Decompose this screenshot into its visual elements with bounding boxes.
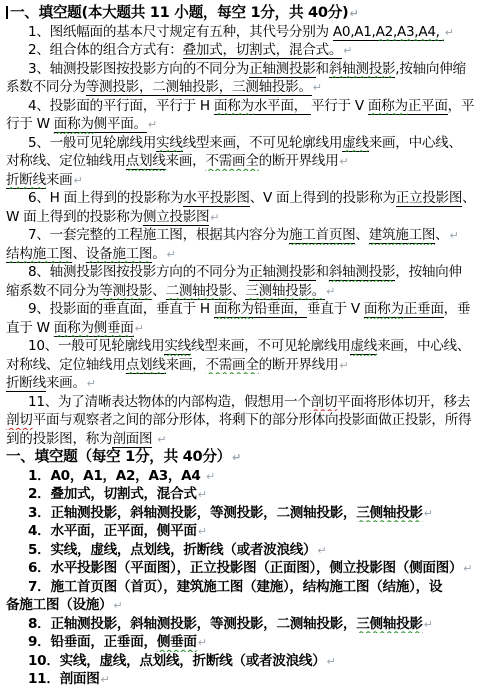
text-segment: 、 — [152, 283, 165, 299]
answer-blank-text: 折断线 — [6, 375, 46, 392]
answer-blank-text: 面称为 — [214, 98, 254, 115]
text-segment: 来画，中心线、 — [377, 338, 470, 354]
answer-blank-text: 结构施工图 — [6, 246, 72, 263]
text-segment: 6．水平投影图（平面图），正立投影图（正面图），侧立投影图（侧面图） — [28, 560, 462, 576]
text-segment: 4、投影面的平行面，平行于 H — [28, 98, 214, 114]
paragraph-mark-icon: ↵ — [316, 544, 326, 557]
paragraph-mark-icon: ↵ — [205, 470, 215, 483]
document-line: 对称线、定位轴线用点划线来画，不需画全的断开界线用↵ — [6, 356, 493, 375]
text-segment: 系数不同分为 — [6, 79, 86, 95]
text-segment: 来画 — [46, 172, 73, 188]
text-segment: 线型来画，不可见轮廓线用 — [183, 135, 343, 151]
text-segment: 备施工图（设施） — [6, 597, 112, 613]
paragraph-mark-icon: ↵ — [423, 507, 433, 520]
text-segment: 不需画全 — [205, 153, 258, 169]
document-line: 11、为了清晰表达物体的内部构造，假想用一个剖切平面将形体切开，移去 — [6, 393, 493, 412]
document-line: 8、轴测投影图按投影方向的不同分为正轴测投影和斜轴测投影，按轴向伸 — [6, 263, 493, 282]
answer-blank-text: 点划线 — [126, 153, 166, 170]
answer-blank-text: 三测轴投影。 — [245, 283, 325, 300]
answer-blank-text: 正轴测投影 — [249, 61, 315, 78]
answer-blank-text: 施工首页图 — [289, 227, 355, 244]
answer-blank-text: 虚线 — [350, 338, 377, 355]
answer-blank-text: A0,A1, — [333, 24, 376, 41]
paragraph-mark-icon: ↵ — [72, 174, 82, 187]
answer-blank-text: 斜轴测投影 — [329, 61, 395, 78]
document-line: 9、投影面的垂直面，垂直于 H 面称为铅垂面，垂直于 V 面称为正垂面，垂 — [6, 300, 493, 319]
answer-blank-text: 设备施工图 — [86, 246, 152, 263]
paragraph-mark-icon: ↵ — [326, 655, 336, 668]
text-segment: 的断开界线用 — [259, 357, 339, 373]
text-segment: 三侧轴投影 — [356, 505, 422, 521]
document-line: 备施工图（设施）↵ — [6, 596, 493, 615]
answer-blank-text: 实线 — [164, 338, 191, 355]
text-segment: 垂直于 V — [307, 301, 364, 317]
document-line: 直于 W 面称为侧垂面↵ — [6, 319, 493, 338]
text-segment: ，平 — [448, 98, 475, 114]
text-segment: 10、一般可见轮廓线用 — [28, 338, 164, 354]
text-segment: 2．叠加式，切割式，混合式 — [28, 486, 197, 502]
text-segment: 平行于 V — [311, 98, 368, 114]
text-segment: W 面上得到的投影称为 — [6, 209, 143, 225]
answer-blank-text: 等测投影 — [99, 283, 152, 300]
document-line: 11．剖面图↵ — [6, 670, 493, 686]
section-heading: 一、填空题(本大题共 11 小题，每空 1分，共 40分)↵ — [6, 4, 493, 23]
paragraph-mark-icon: ↵ — [423, 618, 433, 631]
answer-blank-text: 叠加式，切割式，混合式。 — [183, 42, 343, 59]
paragraph-mark-icon: ↵ — [348, 7, 358, 20]
text-segment: 4．水平面，正平面，侧平面 — [28, 523, 197, 539]
text-segment: 的断开界线用 — [259, 153, 339, 169]
text-segment: 行于 W — [6, 116, 54, 132]
text-segment: 缩系数不同分为 — [6, 283, 99, 299]
paragraph-mark-icon: ↵ — [462, 562, 472, 575]
text-segment: 6、H 面上得到的投影称为 — [28, 190, 183, 206]
document-page: 一、填空题(本大题共 11 小题，每空 1分，共 40分)↵1、图纸幅面的基本尺… — [0, 0, 493, 686]
answer-blank-text: 虚线 — [342, 135, 369, 152]
paragraph-mark-icon: ↵ — [197, 488, 207, 501]
text-segment: 平面与观察者之间的部分形体，将剩下的部分形体向投影面做正投影，所得 — [33, 412, 472, 428]
answer-blank-text: 面称为 — [368, 98, 408, 115]
paragraph-mark-icon: ↵ — [100, 673, 110, 686]
answer-blank-text: 点划线 — [126, 357, 166, 374]
text-segment: 来画。 — [46, 375, 86, 391]
text-segment: 侧垂面 — [157, 634, 197, 650]
paragraph-mark-icon: ↵ — [312, 81, 322, 94]
text-segment: 1、图纸幅面的基本尺寸规定有五种，其代号分别为 — [28, 24, 333, 40]
text-segment: 10．实线，虚线，点划线，折断线（或者波浪线） — [28, 653, 326, 669]
document-line: 结构施工图、设备施工图。↵ — [6, 245, 493, 264]
text-segment: 来画， — [166, 357, 206, 373]
text-segment: 对称线、定位轴线用 — [6, 153, 126, 169]
document-line: 7、一套完整的工程施工图，根据其内容分为施工首页图、建筑施工图、↵ — [6, 226, 493, 245]
document-line: 3、轴测投影图按投影方向的不同分为正轴测投影和斜轴测投影,按轴向伸缩 — [6, 60, 493, 79]
text-segment: 对称线、定位轴线用 — [6, 357, 126, 373]
answer-blank-text: 水平面， — [254, 98, 311, 115]
document-line: W 面上得到的投影称为侧立投影图↵ — [6, 208, 493, 227]
document-line: 折断线来画↵ — [6, 171, 493, 190]
text-segment: 5、一般可见轮廓线用 — [28, 135, 156, 151]
document-line: 3．正轴测投影，斜轴测投影，等测投影，二测轴投影，三侧轴投影↵ — [6, 504, 493, 523]
document-line: 剖切平面与观察者之间的部分形体，将剩下的部分形体向投影面做正投影，所得 — [6, 411, 493, 430]
text-segment: 7、一套完整的工程施工图，根据其内容分为 — [28, 227, 289, 243]
answer-blank-text: 折断线 — [6, 172, 46, 189]
text-segment: 11．剖面图 — [28, 671, 100, 686]
text-segment: 、 — [462, 190, 475, 206]
paragraph-mark-icon: ↵ — [338, 155, 348, 168]
answer-blank-text: 铅垂面， — [254, 301, 307, 318]
document-line: 到的投影图，称为剖面图 ↵ — [6, 430, 493, 449]
answer-blank-text: 侧平面。 — [94, 116, 147, 133]
text-segment: 来画，中心线、 — [369, 135, 462, 151]
document-line: 缩系数不同分为等测投影、二测轴投影、三测轴投影。↵ — [6, 282, 493, 301]
document-line: 7．施工首页图（首页），建筑施工图（建施），结构施工图（结施），设 — [6, 578, 493, 597]
text-segment: 到的投影图，称为 — [6, 431, 112, 447]
document-line: 1、图纸幅面的基本尺寸规定有五种，其代号分别为 A0,A1,A2,A3,A4, … — [6, 23, 493, 42]
document-line: 2、组合体的组合方式有：叠加式，切割式，混合式。↵ — [6, 41, 493, 60]
text-segment: 、V 面上得到的投影称为 — [250, 190, 396, 206]
answer-blank-text: 面称为 — [54, 320, 94, 337]
document-line: 4．水平面，正平面，侧平面↵ — [6, 522, 493, 541]
paragraph-mark-icon: ↵ — [325, 285, 335, 298]
text-segment: 8、轴测投影图按投影方向的不同分为 — [28, 264, 249, 280]
paragraph-mark-icon: ↵ — [444, 26, 454, 39]
paragraph-mark-icon: ↵ — [156, 433, 166, 446]
section-heading: 一、填空题（每空 1分，共 40分）↵ — [6, 448, 493, 467]
text-segment: 、 — [72, 246, 85, 262]
document-line: 6．水平投影图（平面图），正立投影图（正面图），侧立投影图（侧面图）↵ — [6, 559, 493, 578]
document-line: 5．实线，虚线，点划线，折断线（或者波浪线）↵ — [6, 541, 493, 560]
text-segment: 剖切 — [311, 394, 338, 410]
answer-blank-text: 侧立投影图 — [143, 209, 209, 226]
text-segment: 线型来画，不可见轮廓线用 — [191, 338, 351, 354]
document-line: 10．实线，虚线，点划线，折断线（或者波浪线）↵ — [6, 652, 493, 671]
answer-blank-text: 水平投影图 — [183, 190, 249, 207]
text-segment: 2、组合体的组合方式有： — [28, 42, 183, 58]
answer-blank-text: 正垂面 — [404, 301, 444, 318]
text-segment: 、 — [355, 227, 368, 243]
document-line: 8．正轴测投影，斜轴测投影，等测投影，二测轴投影，三侧轴投影↵ — [6, 615, 493, 634]
paragraph-mark-icon: ↵ — [112, 599, 122, 612]
text-segment: 9．铅垂面，正垂面， — [28, 634, 157, 650]
answer-blank-text: 面称为 — [364, 301, 404, 318]
answer-blank-text: 二测轴投影 — [166, 283, 232, 300]
paragraph-mark-icon: ↵ — [342, 44, 352, 57]
document-line: 1．A0，A1，A2，A3，A4 ↵ — [6, 467, 493, 486]
paragraph-mark-icon: ↵ — [86, 377, 96, 390]
text-segment: 剖切 — [6, 412, 33, 428]
answer-blank-text: A2,A3,A4, — [376, 24, 444, 41]
text-segment: 和 — [316, 61, 329, 77]
text-segment: 9、投影面的垂直面，垂直于 H — [28, 301, 214, 317]
text-segment: ，按轴向伸 — [395, 264, 461, 280]
text-segment: 3．正轴测投影，斜轴测投影，等测投影，二测轴投影， — [28, 505, 356, 521]
text-segment: 、 — [435, 227, 448, 243]
text-segment: 一、填空题(本大题共 11 小题，每空 1分，共 40分) — [10, 4, 348, 21]
text-segment: ,按轴向伸缩 — [395, 61, 466, 77]
text-segment: 11、为了清晰表达物体的内部构造，假想用一个 — [28, 394, 311, 410]
answer-blank-text: 等测投影，二测轴投影，三测轴投影。 — [86, 79, 312, 96]
paragraph-mark-icon: ↵ — [448, 229, 458, 242]
answer-blank-text: 正轴测投影 — [249, 264, 315, 281]
document-line: 系数不同分为等测投影，二测轴投影，三测轴投影。↵ — [6, 78, 493, 97]
text-segment: 3、轴测投影图按投影方向的不同分为 — [28, 61, 249, 77]
document-line: 6、H 面上得到的投影称为水平投影图、V 面上得到的投影称为正立投影图、 — [6, 189, 493, 208]
text-segment: ，垂 — [444, 301, 471, 317]
text-segment: 不需画全 — [205, 357, 258, 373]
text-segment: 平面将形体切开，移去 — [337, 394, 470, 410]
document-body: 一、填空题(本大题共 11 小题，每空 1分，共 40分)↵1、图纸幅面的基本尺… — [0, 0, 493, 686]
paragraph-mark-icon: ↵ — [134, 322, 144, 335]
text-segment: 8．正轴测投影，斜轴测投影，等测投影，二测轴投影， — [28, 616, 356, 632]
document-line: 行于 W 面称为侧平面。↵ — [6, 115, 493, 134]
document-line: 9．铅垂面，正垂面，侧垂面↵ — [6, 633, 493, 652]
text-segment: 7．施工首页图（首页），建筑施工图（建施），结构施工图（结施），设 — [28, 579, 442, 595]
paragraph-mark-icon: ↵ — [166, 248, 176, 261]
paragraph-mark-icon: ↵ — [338, 359, 348, 372]
text-segment: 5．实线，虚线，点划线，折断线（或者波浪线） — [28, 542, 316, 558]
document-line: 5、一般可见轮廓线用实线线型来画，不可见轮廓线用虚线来画，中心线、 — [6, 134, 493, 153]
document-line: 折断线来画。↵ — [6, 374, 493, 393]
answer-blank-text: 面称为 — [214, 301, 254, 318]
text-segment: 一、填空题（每空 1分，共 40分） — [6, 448, 231, 465]
paragraph-mark-icon: ↵ — [209, 211, 219, 224]
paragraph-mark-icon: ↵ — [147, 118, 157, 131]
answer-blank-text: 正平面 — [408, 98, 448, 115]
answer-blank-text: 剖面图 — [112, 431, 152, 448]
document-line: 2．叠加式，切割式，混合式↵ — [6, 485, 493, 504]
paragraph-mark-icon: ↵ — [197, 525, 207, 538]
text-cursor-mark — [6, 6, 8, 19]
text-segment: 和 — [316, 264, 329, 280]
answer-blank-text: 正立投影图 — [396, 190, 462, 207]
text-segment: 1．A0，A1，A2，A3，A4 — [28, 468, 205, 484]
document-line: 10、一般可见轮廓线用实线线型来画，不可见轮廓线用虚线来画，中心线、 — [6, 337, 493, 356]
paragraph-mark-icon: ↵ — [231, 451, 241, 464]
document-line: 对称线、定位轴线用点划线来画，不需画全的断开界线用↵ — [6, 152, 493, 171]
answer-blank-text: 建筑施工图 — [369, 227, 435, 244]
text-segment: 。 — [152, 246, 165, 262]
document-line: 4、投影面的平行面，平行于 H 面称为水平面， 平行于 V 面称为正平面，平 — [6, 97, 493, 116]
answer-blank-text: 面称为 — [54, 116, 94, 133]
text-segment: 直于 W — [6, 320, 54, 336]
text-segment: 、 — [232, 283, 245, 299]
text-segment: 三侧轴投影 — [356, 616, 422, 632]
paragraph-mark-icon: ↵ — [197, 636, 207, 649]
answer-blank-text: 侧垂面 — [94, 320, 134, 337]
answer-blank-text: 实线 — [156, 135, 183, 152]
text-segment: 来画， — [166, 153, 206, 169]
answer-blank-text: 斜轴测投影 — [329, 264, 395, 281]
